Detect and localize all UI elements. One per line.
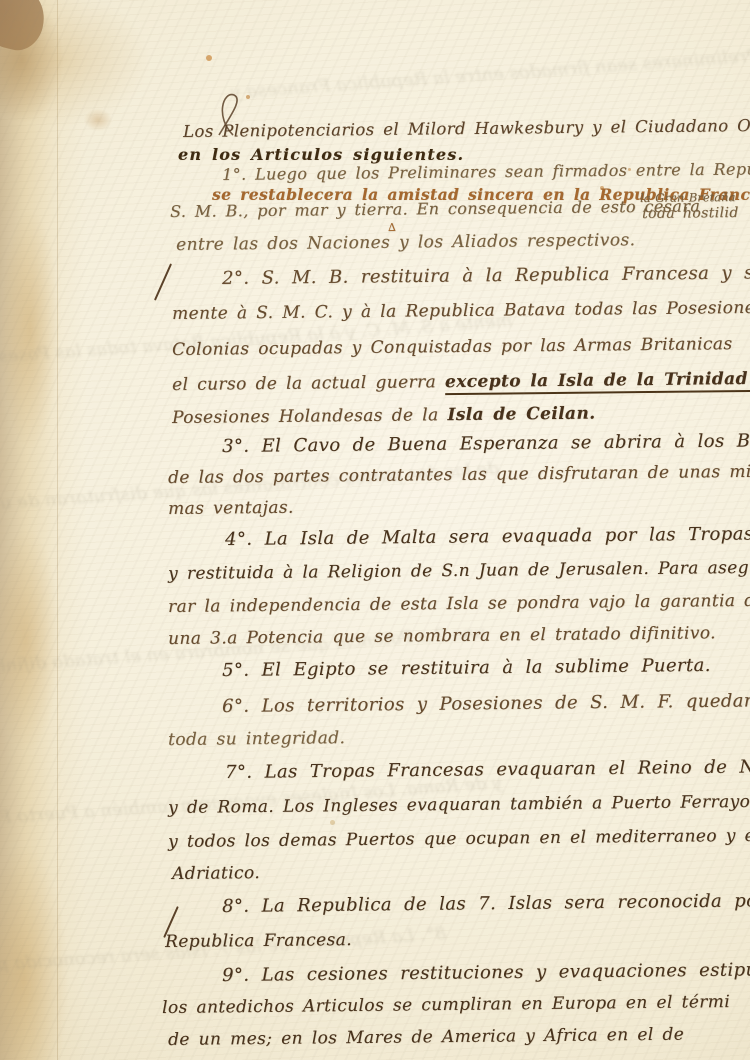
manuscript-heading-line: Los Plenipotenciarios el Milord Hawkesbu… bbox=[183, 117, 750, 141]
paper-binding-edge bbox=[0, 0, 86, 1060]
article2-line4-pre: el curso de la actual guerra bbox=[172, 372, 445, 395]
article2-line5: Posesiones Holandesas de la Isla de Ceil… bbox=[172, 406, 596, 427]
article7-line4: Adriatico. bbox=[172, 865, 260, 883]
article4-line2: y restituida à la Religion de S.n Juan d… bbox=[168, 560, 750, 583]
article7-line1: 7°. Las Tropas Francesas evaquaran el Re… bbox=[225, 758, 750, 782]
article2-line4-underlined: excepto la Isla de la Trinidad y bbox=[445, 369, 750, 395]
article4-line1: 4°. La Isla de Malta sera evaquada por l… bbox=[225, 525, 750, 549]
ink-fleck bbox=[330, 820, 335, 825]
article3-line2: de las dos partes contratantes las que d… bbox=[168, 464, 750, 487]
article2-line2: mente à S. M. C. y à la Republica Batava… bbox=[172, 300, 750, 323]
article6-line2: toda su integridad. bbox=[168, 730, 345, 749]
manuscript-heading-insertion: en los Articulos siguientes. bbox=[178, 147, 464, 163]
paper-fold-line bbox=[57, 0, 58, 1060]
insertion-caret-mark: ∆ bbox=[388, 222, 396, 233]
article2-line1: 2°. S. M. B. restituira à la Republica F… bbox=[222, 262, 750, 288]
article2-line4: el curso de la actual guerra excepto la … bbox=[172, 370, 750, 394]
ink-fleck bbox=[246, 95, 250, 99]
article4-line3: rar la independencia de esta Isla se pon… bbox=[168, 593, 750, 616]
bleedthrough-text: 1°. Luego que los Preliminares sean firm… bbox=[230, 34, 750, 103]
manuscript-page: 1°. Luego que los Preliminares sean firm… bbox=[0, 0, 750, 1060]
article6-line1: 6°. Los territorios y Posesiones de S. M… bbox=[222, 692, 750, 716]
article9-line3: de un mes; en los Mares de America y Afr… bbox=[168, 1027, 684, 1049]
article1-line2: S. M. B., por mar y tierra. En consequen… bbox=[170, 198, 700, 220]
margin-slash-mark bbox=[154, 263, 172, 300]
article8-line1: 8°. La Republica de las 7. Islas sera re… bbox=[222, 892, 750, 916]
article1-line2-superscript: la Gran Bretaña bbox=[640, 192, 735, 204]
article4-line4: una 3.a Potencia que se nombrara en el t… bbox=[168, 625, 716, 648]
article9-line2: los antedichos Articulos se cumpliran en… bbox=[162, 994, 730, 1017]
article3-line1: 3°. El Cavo de Buena Esperanza se abrira… bbox=[222, 432, 750, 456]
ink-fleck bbox=[206, 55, 212, 61]
article2-line3: Colonias ocupadas y Conquistadas por las… bbox=[172, 336, 733, 359]
article3-line3: mas ventajas. bbox=[168, 500, 294, 518]
article9-line1: 9°. Las cesiones restituciones y evaquac… bbox=[222, 961, 750, 985]
article1-line3: entre las dos Naciones y los Aliados res… bbox=[176, 232, 635, 254]
article8-line2: Republica Francesa. bbox=[165, 932, 352, 951]
article2-line5-pre: Posesiones Holandesas de la bbox=[172, 405, 448, 428]
article1-line1: 1°. Luego que los Preliminares sean firm… bbox=[222, 160, 750, 183]
article2-line5-bold: Isla de Ceilan. bbox=[447, 404, 595, 426]
article5-line1: 5°. El Egipto se restituira à la sublime… bbox=[222, 657, 711, 680]
corner-stain bbox=[0, 0, 51, 55]
article1-line2-end: toda hostilid bbox=[642, 206, 739, 221]
article7-line2: y de Roma. Los Ingleses evaquaran tambié… bbox=[168, 794, 750, 817]
article7-line3: y todos los demas Puertos que ocupan en … bbox=[168, 828, 750, 851]
